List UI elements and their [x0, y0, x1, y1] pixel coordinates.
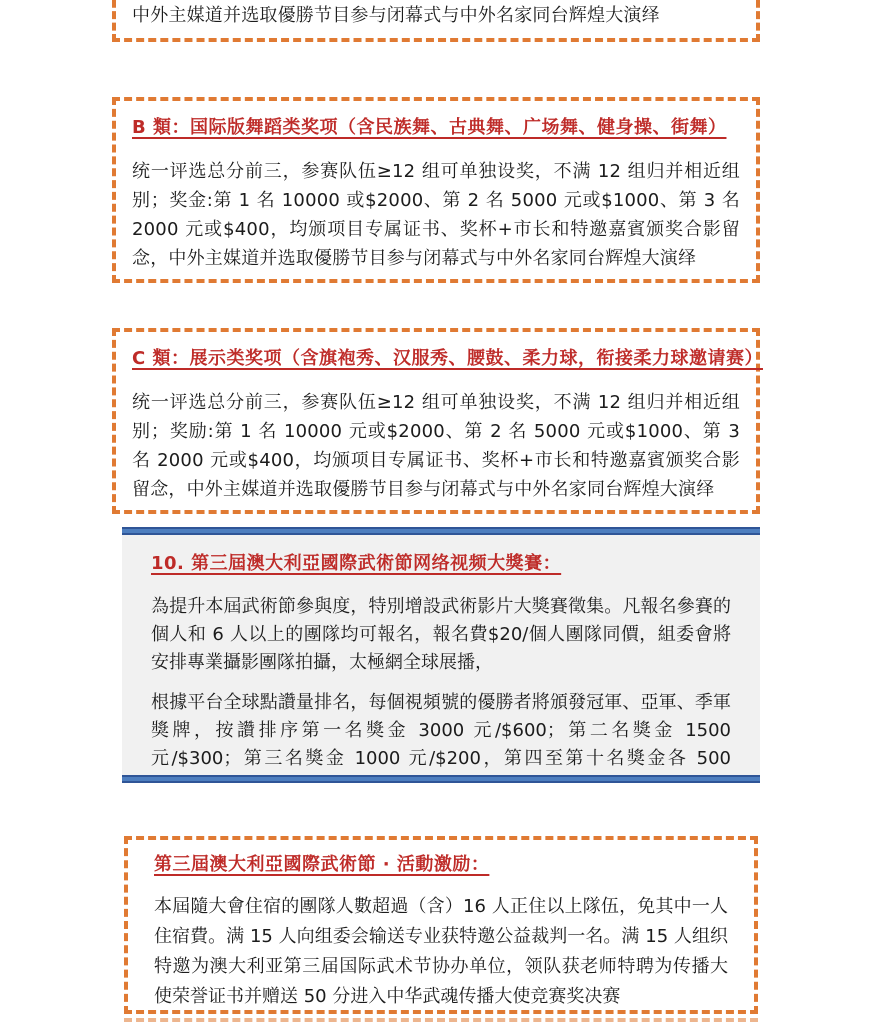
video-award-para-2: 根據平台全球點讚量排名，每個視頻號的優勝者將頒發冠軍、亞軍、季軍獎牌，按讚排序第…	[151, 689, 731, 775]
section-c-title: C 類：展示类奖项（含旗袍秀、汉服秀、腰鼓、柔力球，衔接柔力球邀请赛）	[132, 346, 740, 372]
top-blue-rule	[122, 527, 760, 535]
section-b-box: B 類：国际版舞蹈类奖项（含民族舞、古典舞、广场舞、健身操、街舞） 统一评选总分…	[112, 97, 760, 283]
incentive-title: 第三屆澳大利亞國際武術節 · 活動激励：	[154, 852, 728, 878]
video-award-body: 10. 第三屆澳大利亞國際武術節网络视频大獎賽： 為提升本屆武術節參與度，特別增…	[122, 535, 760, 775]
section-a-box-partial: 中外主媒道并选取優勝节目参与闭幕式与中外名家同台辉煌大演绎	[112, 0, 760, 42]
document-page: 中外主媒道并选取優勝节目参与闭幕式与中外名家同台辉煌大演绎 B 類：国际版舞蹈类…	[0, 0, 873, 1024]
section-c-box: C 類：展示类奖项（含旗袍秀、汉服秀、腰鼓、柔力球，衔接柔力球邀请赛） 统一评选…	[112, 328, 760, 514]
section-b-title: B 類：国际版舞蹈类奖项（含民族舞、古典舞、广场舞、健身操、街舞）	[132, 115, 740, 141]
video-award-para-1: 為提升本屆武術節參與度，特別增設武術影片大獎賽徵集。凡報名參賽的個人和 6 人以…	[151, 593, 731, 677]
incentive-box: 第三屆澳大利亞國際武術節 · 活動激励： 本屆隨大會住宿的團隊人數超過（含）16…	[124, 836, 758, 1014]
incentive-body: 本屆隨大會住宿的團隊人數超過（含）16 人正住以上隊伍，免其中一人住宿費。满 1…	[154, 892, 728, 1012]
section-b-body: 统一评选总分前三，参赛队伍≥12 组可单独设奖，不满 12 组归并相近组别；奖金…	[132, 157, 740, 273]
section-c-body: 统一评选总分前三，参赛队伍≥12 组可单独设奖，不满 12 组归并相近组别；奖励…	[132, 388, 740, 504]
video-award-section: 10. 第三屆澳大利亞國際武術節网络视频大獎賽： 為提升本屆武術節參與度，特別增…	[122, 527, 760, 783]
bottom-blue-rule	[122, 775, 760, 783]
next-section-border-partial	[124, 1018, 758, 1022]
video-award-title: 10. 第三屆澳大利亞國際武術節网络视频大獎賽：	[151, 551, 731, 577]
section-a-text: 中外主媒道并选取優勝节目参与闭幕式与中外名家同台辉煌大演绎	[132, 3, 740, 29]
